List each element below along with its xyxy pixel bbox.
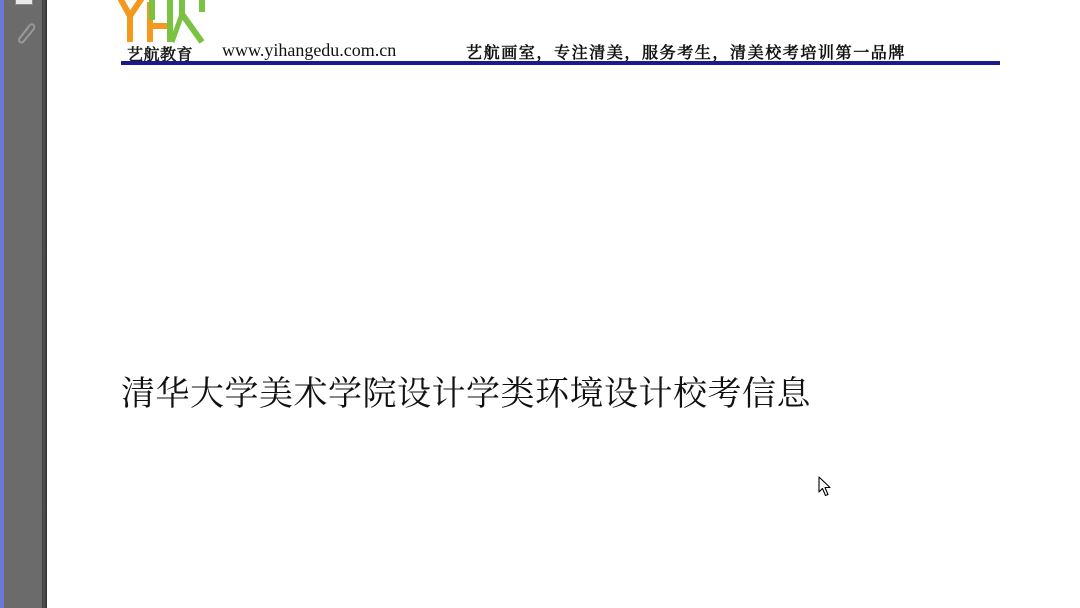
paperclip-icon[interactable] xyxy=(14,20,36,44)
website-url: www.yihangedu.com.cn xyxy=(222,40,396,61)
document-title: 清华大学美术学院设计学类环境设计校考信息 xyxy=(121,366,811,415)
page-thumbnail-icon[interactable] xyxy=(15,0,33,5)
document-page: 艺航教育 www.yihangedu.com.cn 艺航画室，专注清美，服务考生… xyxy=(48,0,1080,608)
navigation-side-panel xyxy=(4,0,43,608)
header-slogan: 艺航画室，专注清美，服务考生，清美校考培训第一品牌 xyxy=(466,40,906,63)
pdf-viewer: 艺航教育 www.yihangedu.com.cn 艺航画室，专注清美，服务考生… xyxy=(0,0,1080,608)
header-divider xyxy=(121,61,1000,65)
mouse-cursor-icon xyxy=(818,476,832,498)
side-panel-splitter[interactable] xyxy=(42,0,47,608)
